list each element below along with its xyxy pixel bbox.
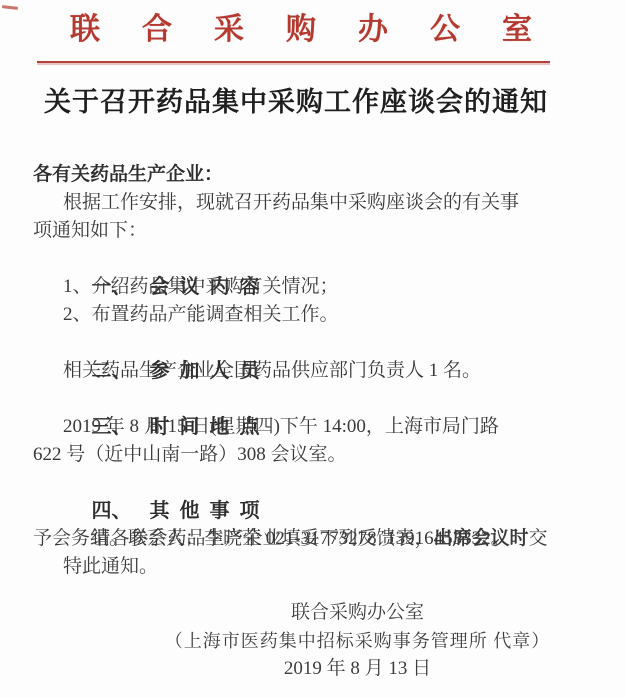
signer-agency-note: （上海市医药集中招标采购事务管理所 代章） — [90, 627, 625, 655]
section-3-item-line-1: 2019 年 8 月 15 日(星期四)下午 14:00，上海市局门路 — [33, 413, 592, 441]
letterhead-divider-rule — [37, 61, 550, 63]
section-4-title: 其他事项 — [150, 500, 270, 522]
closing-line: 特此通知。 — [33, 553, 592, 581]
section-1-heading: 一、会议内容 — [33, 245, 592, 273]
section-1-item-1: 1、介绍药品集中采购有关情况； — [33, 273, 592, 301]
section-4-line-1-tail: 交 — [529, 528, 548, 549]
intro-line-2: 项通知如下： — [33, 217, 592, 245]
section-2-item-1: 相关药品生产企业全国药品供应部门负责人 1 名。 — [33, 357, 592, 385]
section-4-line-2: 予会务组。联系人：李晓荣 021-31773278 13916453332。 — [33, 525, 592, 553]
section-2-heading: 二、参加人员 — [33, 329, 592, 357]
section-3-item-line-2: 622 号（近中山南一路）308 会议室。 — [33, 441, 592, 469]
intro-line-1: 根据工作安排，现就召开药品集中采购座谈会的有关事 — [33, 189, 592, 217]
salutation-line: 各有关药品生产企业： — [33, 161, 592, 189]
signer-name: 联合采购办公室 — [90, 599, 625, 627]
document-title: 关于召开药品集中采购工作座谈会的通知 — [0, 85, 625, 119]
section-3-heading: 三、时间地点 — [33, 385, 592, 413]
letterhead-title: 联合采购办公室 — [0, 12, 625, 48]
scan-edge-artifact — [2, 5, 18, 10]
signature-date: 2019 年 8 月 13 日 — [90, 655, 625, 683]
section-4-heading: 四、其他事项 — [33, 469, 592, 497]
signature-block: 联合采购办公室 （上海市医药集中招标采购事务管理所 代章） 2019 年 8 月… — [0, 599, 625, 683]
notice-document-page: 联合采购办公室 关于召开药品集中采购工作座谈会的通知 各有关药品生产企业： 根据… — [0, 0, 625, 698]
section-1-item-2: 2、布置药品产能调查相关工作。 — [33, 301, 592, 329]
document-body: 各有关药品生产企业： 根据工作安排，现就召开药品集中采购座谈会的有关事 项通知如… — [33, 161, 592, 581]
section-4-number: 四、 — [92, 500, 132, 522]
